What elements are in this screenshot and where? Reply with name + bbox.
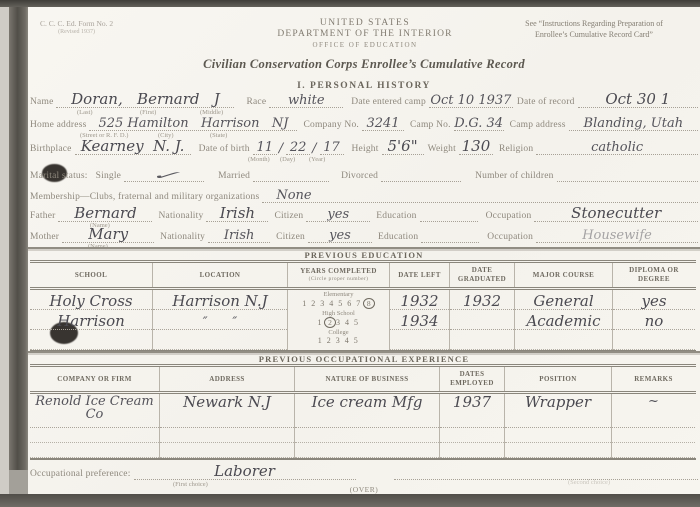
edu-school-row2: Harrison xyxy=(30,310,152,330)
mother-nationality-label: Nationality xyxy=(160,232,205,243)
date-entered-value: Oct 10 1937 xyxy=(430,94,511,107)
mother-line: Mother Mary Nationality Irish Citizen ye… xyxy=(30,228,698,243)
marital-label: Marital status: xyxy=(30,171,88,182)
father-name-value: Bernard xyxy=(74,206,136,221)
exp-company-cell: Renold Ice Cream Co xyxy=(30,394,160,458)
edu-col-diploma: DIPLOMA OR DEGREE xyxy=(613,263,695,287)
edu-diploma-value-2: no xyxy=(645,314,664,329)
camp-no-value: D.G. 34 xyxy=(454,117,503,130)
occupational-preference-field: Laborer xyxy=(134,464,356,480)
mother-label: Mother xyxy=(30,232,59,243)
education-table-header: SCHOOL LOCATION YEARS COMPLETED (Circle … xyxy=(30,263,696,290)
single-label: Single xyxy=(96,171,121,182)
edu-elem-circled: 8 xyxy=(363,298,375,309)
edu-location-row1: Harrison N.J xyxy=(153,290,287,310)
edu-diploma-row3 xyxy=(613,330,695,350)
company-no-field: 3241 xyxy=(362,115,404,131)
children-label: Number of children xyxy=(475,171,554,182)
single-field: ✓ xyxy=(124,166,204,182)
dob-month-field: 11 xyxy=(253,139,277,155)
dept-line-us: UNITED STATES xyxy=(225,18,505,28)
weight-field: 130 xyxy=(459,139,493,155)
edu-level-elementary-numbers: 1 2 3 4 5 6 78 xyxy=(288,298,389,309)
race-value: white xyxy=(288,94,325,107)
dob-separator-2: / xyxy=(312,142,316,155)
edu-col-major-course: MAJOR COURSE xyxy=(515,263,613,287)
camp-address-field: Blanding, Utah xyxy=(569,115,698,131)
occupational-preference-line: Occupational preference: Laborer xyxy=(30,465,698,480)
exp-position-row3 xyxy=(505,443,611,458)
edu-date-left-row1: 1932 xyxy=(390,290,449,310)
exp-col-dates: DATES EMPLOYED xyxy=(440,367,505,391)
home-sub-state: (State) xyxy=(210,132,227,139)
dob-sub-day: (Day) xyxy=(280,156,295,163)
exp-position-value: Wrapper xyxy=(525,395,591,410)
exp-address-row2 xyxy=(160,428,294,443)
experience-table: COMPANY OR FIRM ADDRESS NATURE OF BUSINE… xyxy=(30,364,696,460)
father-occupation-value: Stonecutter xyxy=(571,206,661,221)
home-address-label: Home address xyxy=(30,120,86,131)
exp-dates-row2 xyxy=(440,428,504,443)
dob-year-value: 17 xyxy=(323,141,340,154)
edu-diploma-row1: yes xyxy=(613,290,695,310)
edu-hs-pre: 1 xyxy=(318,318,324,327)
camp-no-label: Camp No. xyxy=(410,120,451,131)
edu-col-pre: 1 2 3 4 5 xyxy=(318,336,360,345)
company-no-value: 3241 xyxy=(366,117,399,130)
dob-day-value: 22 xyxy=(290,141,307,154)
edu-school-value-1: Holy Cross xyxy=(49,294,132,309)
edu-level-college-numbers: 1 2 3 4 5 xyxy=(288,336,389,346)
mother-citizen-label: Citizen xyxy=(276,232,305,243)
edu-col-date-graduated: DATE GRADUATED xyxy=(450,263,515,287)
father-line: Father Bernard Nationality Irish Citizen… xyxy=(30,207,698,222)
children-field xyxy=(557,166,698,182)
dob-sub-month: (Month) xyxy=(248,156,270,163)
form-number-line1: C. C. C. Ed. Form No. 2 xyxy=(40,19,113,29)
dob-month-value: 11 xyxy=(256,141,273,154)
home-address-field: 525 Hamilton Harrison NJ xyxy=(89,115,297,131)
dob-year-field: 17 xyxy=(320,139,344,155)
name-field: Doran, Bernard J xyxy=(56,92,234,108)
experience-table-body: Renold Ice Cream Co Newark N.J Ice cream… xyxy=(30,394,696,458)
birthplace-field: Kearney N. J. xyxy=(75,139,191,155)
edu-location-row3 xyxy=(153,330,287,350)
edu-major-cell: General Academic xyxy=(515,290,613,350)
dept-line-education: OFFICE OF EDUCATION xyxy=(225,41,505,49)
edu-col-location: LOCATION xyxy=(153,263,288,287)
exp-address-row1: Newark N.J xyxy=(160,394,294,428)
edu-school-cell: Holy Cross Harrison xyxy=(30,290,153,350)
religion-field: catholic xyxy=(536,139,698,155)
father-citizen-field: yes xyxy=(306,206,370,222)
membership-label: Membership—Clubs, fraternal and military… xyxy=(30,192,259,203)
father-education-field xyxy=(420,206,478,222)
scan-edge-bottom xyxy=(0,494,700,507)
religion-value: catholic xyxy=(591,141,643,154)
married-field xyxy=(253,166,329,182)
edu-major-row3 xyxy=(515,330,612,350)
edu-major-row1: General xyxy=(515,290,612,310)
weight-value: 130 xyxy=(462,139,491,154)
father-occupation-label: Occupation xyxy=(486,211,532,222)
form-number-line2: (Revised 1937) xyxy=(40,29,113,37)
exp-position-cell: Wrapper xyxy=(505,394,612,458)
mother-citizen-field: yes xyxy=(308,227,372,243)
department-heading: UNITED STATES DEPARTMENT OF THE INTERIOR… xyxy=(225,18,505,49)
exp-business-row2 xyxy=(295,428,439,443)
edu-col-years: YEARS COMPLETED (Circle proper number) xyxy=(288,263,390,287)
edu-major-value-2: Academic xyxy=(526,314,600,329)
occupational-preference-field-2 xyxy=(394,464,698,480)
edu-school-row3 xyxy=(30,330,152,350)
edu-school-value-2: Harrison xyxy=(57,314,125,329)
father-citizen-value: yes xyxy=(327,208,349,221)
edu-level-elementary-label: Elementary xyxy=(288,291,389,298)
exp-position-row2 xyxy=(505,428,611,443)
exp-remarks-cell: ~ xyxy=(612,394,695,458)
form-page: C. C. C. Ed. Form No. 2 (Revised 1937) U… xyxy=(28,7,700,494)
race-field: white xyxy=(269,92,343,108)
exp-business-cell: Ice cream Mfg xyxy=(295,394,440,458)
camp-address-value: Blanding, Utah xyxy=(584,117,684,130)
mother-citizen-value: yes xyxy=(329,229,351,242)
exp-col-remarks: REMARKS xyxy=(612,367,695,391)
edu-major-value-1: General xyxy=(533,294,593,309)
membership-value: None xyxy=(276,189,311,202)
edu-hs-circled: 2 xyxy=(324,317,336,328)
edu-location-value-1: Harrison N.J xyxy=(172,294,267,309)
education-table: SCHOOL LOCATION YEARS COMPLETED (Circle … xyxy=(30,260,696,352)
edu-date-grad-row3 xyxy=(450,330,514,350)
exp-dates-row1: 1937 xyxy=(440,394,504,428)
scan-edge-top xyxy=(0,0,700,7)
membership-line: Membership—Clubs, fraternal and military… xyxy=(30,188,698,203)
home-sub-street: (Street or R. F. D.) xyxy=(80,132,128,139)
exp-remarks-row2 xyxy=(612,428,695,443)
religion-label: Religion xyxy=(499,144,533,155)
mother-occupation-value: Housewife xyxy=(582,229,652,242)
edu-years-cell: Elementary 1 2 3 4 5 6 78 High School 12… xyxy=(288,290,390,350)
race-label: Race xyxy=(246,97,266,108)
exp-position-row1: Wrapper xyxy=(505,394,611,428)
edu-location-cell: Harrison N.J ″ ″ xyxy=(153,290,288,350)
dob-separator-1: / xyxy=(279,142,283,155)
edu-date-grad-cell: 1932 xyxy=(450,290,515,350)
camp-no-field: D.G. 34 xyxy=(454,115,504,131)
exp-company-value-2: Co xyxy=(86,408,104,421)
company-no-label: Company No. xyxy=(303,120,359,131)
weight-label: Weight xyxy=(428,144,456,155)
edu-col-years-title: YEARS COMPLETED xyxy=(300,267,377,276)
edu-date-left-cell: 1932 1934 xyxy=(390,290,450,350)
mother-name-field: Mary xyxy=(62,227,154,243)
birthplace-label: Birthplace xyxy=(30,144,72,155)
edu-level-highschool-numbers: 123 4 5 xyxy=(288,317,389,328)
exp-company-row3 xyxy=(30,443,159,458)
exp-remarks-value: ~ xyxy=(648,395,659,408)
edu-date-left-value-2: 1934 xyxy=(400,314,438,329)
exp-dates-value: 1937 xyxy=(453,395,491,410)
home-address-line: Home address 525 Hamilton Harrison NJ Co… xyxy=(30,116,698,131)
document-title: Civilian Conservation Corps Enrollee’s C… xyxy=(28,57,700,72)
father-name-field: Bernard xyxy=(58,206,152,222)
date-entered-field: Oct 10 1937 xyxy=(429,92,513,108)
occupational-preference-value: Laborer xyxy=(214,464,275,479)
date-entered-label: Date entered camp xyxy=(351,97,426,108)
edu-date-grad-row1: 1932 xyxy=(450,290,514,310)
father-nationality-field: Irish xyxy=(206,206,268,222)
membership-field: None xyxy=(262,187,698,203)
edu-date-left-row3 xyxy=(390,330,449,350)
edu-location-row2: ″ ″ xyxy=(153,310,287,330)
exp-dates-row3 xyxy=(440,443,504,458)
exp-dates-cell: 1937 xyxy=(440,394,505,458)
experience-section-title: PREVIOUS OCCUPATIONAL EXPERIENCE xyxy=(28,354,700,364)
exp-address-row3 xyxy=(160,443,294,458)
edu-date-grad-value-1: 1932 xyxy=(463,294,501,309)
education-section-title: PREVIOUS EDUCATION xyxy=(28,250,700,260)
edu-diploma-row2: no xyxy=(613,310,695,330)
exp-business-row1: Ice cream Mfg xyxy=(295,394,439,428)
father-citizen-label: Citizen xyxy=(274,211,303,222)
mother-education-field xyxy=(421,227,479,243)
mother-name-value: Mary xyxy=(88,227,128,242)
exp-address-cell: Newark N.J xyxy=(160,394,295,458)
edu-school-row1: Holy Cross xyxy=(30,290,152,310)
edu-date-left-row2: 1934 xyxy=(390,310,449,330)
form-number: C. C. C. Ed. Form No. 2 (Revised 1937) xyxy=(40,19,113,37)
exp-business-value: Ice cream Mfg xyxy=(312,395,423,410)
birthplace-value: Kearney N. J. xyxy=(81,139,185,154)
name-line: Name Doran, Bernard J Race white Date en… xyxy=(30,93,698,108)
home-address-value: 525 Hamilton Harrison NJ xyxy=(98,117,288,130)
exp-company-row1: Renold Ice Cream Co xyxy=(30,394,159,428)
name-value: Doran, Bernard J xyxy=(71,92,220,107)
exp-col-company: COMPANY OR FIRM xyxy=(30,367,160,391)
dob-label: Date of birth xyxy=(199,144,250,155)
edu-elem-pre: 1 2 3 4 5 6 7 xyxy=(302,299,362,308)
edu-col-years-note: (Circle proper number) xyxy=(309,276,369,283)
date-record-label: Date of record xyxy=(517,97,575,108)
exp-remarks-row1: ~ xyxy=(612,394,695,428)
mother-nationality-field: Irish xyxy=(208,227,270,243)
father-nationality-label: Nationality xyxy=(158,211,203,222)
home-sub-city: (City) xyxy=(158,132,174,139)
married-label: Married xyxy=(218,171,250,182)
edu-hs-post: 3 4 5 xyxy=(336,318,360,327)
height-value: 5'6" xyxy=(388,139,418,154)
education-section-rule xyxy=(28,247,700,249)
instructions-note-line1: See “Instructions Regarding Preparation … xyxy=(486,19,700,30)
mother-occupation-label: Occupation xyxy=(487,232,533,243)
father-label: Father xyxy=(30,211,55,222)
exp-business-row3 xyxy=(295,443,439,458)
exp-company-row2 xyxy=(30,428,159,443)
dept-line-interior: DEPARTMENT OF THE INTERIOR xyxy=(225,29,505,39)
edu-date-left-value-1: 1932 xyxy=(400,294,438,309)
experience-section-rule xyxy=(28,351,700,353)
occupational-preference-label: Occupational preference: xyxy=(30,469,131,480)
instructions-note-line2: Enrollee’s Cumulative Record Card” xyxy=(486,30,700,41)
education-table-body: Holy Cross Harrison Harrison N.J ″ ″ Ele… xyxy=(30,290,696,350)
single-check: ✓ xyxy=(148,170,179,181)
mother-education-label: Education xyxy=(378,232,418,243)
exp-col-business: NATURE OF BUSINESS xyxy=(295,367,440,391)
exp-col-address: ADDRESS xyxy=(160,367,295,391)
height-field: 5'6" xyxy=(382,139,424,155)
camp-address-label: Camp address xyxy=(510,120,566,131)
edu-col-school: SCHOOL xyxy=(30,263,153,287)
edu-col-date-left: DATE LEFT xyxy=(390,263,450,287)
date-record-value: Oct 30 1 xyxy=(605,92,670,107)
birthplace-line: Birthplace Kearney N. J. Date of birth 1… xyxy=(30,140,698,155)
father-nationality-value: Irish xyxy=(220,206,255,221)
divorced-label: Divorced xyxy=(341,171,378,182)
exp-col-position: POSITION xyxy=(505,367,612,391)
height-label: Height xyxy=(352,144,379,155)
dob-day-field: 22 xyxy=(286,139,310,155)
scan-edge-left xyxy=(9,0,28,492)
edu-location-value-2: ″ ″ xyxy=(203,316,238,329)
experience-table-header: COMPANY OR FIRM ADDRESS NATURE OF BUSINE… xyxy=(30,367,696,394)
edu-level-highschool-label: High School xyxy=(288,310,389,317)
over-note: (OVER) xyxy=(28,485,700,494)
dob-sub-year: (Year) xyxy=(309,156,325,163)
edu-diploma-value-1: yes xyxy=(641,294,666,309)
divorced-field xyxy=(381,166,461,182)
marital-line: Marital status: Single ✓ Married Divorce… xyxy=(30,167,698,182)
name-label: Name xyxy=(30,97,53,108)
father-education-label: Education xyxy=(376,211,416,222)
edu-date-grad-row2 xyxy=(450,310,514,330)
personal-history-heading: I. PERSONAL HISTORY xyxy=(28,81,700,91)
edu-diploma-cell: yes no xyxy=(613,290,695,350)
date-record-field: Oct 30 1 xyxy=(578,92,698,108)
father-occupation-field: Stonecutter xyxy=(534,206,698,222)
exp-address-value: Newark N.J xyxy=(183,395,271,410)
edu-major-row2: Academic xyxy=(515,310,612,330)
mother-nationality-value: Irish xyxy=(224,229,255,242)
instructions-note: See “Instructions Regarding Preparation … xyxy=(486,19,700,41)
mother-occupation-field: Housewife xyxy=(536,227,698,243)
exp-remarks-row3 xyxy=(612,443,695,458)
edu-level-college-label: College xyxy=(288,329,389,336)
